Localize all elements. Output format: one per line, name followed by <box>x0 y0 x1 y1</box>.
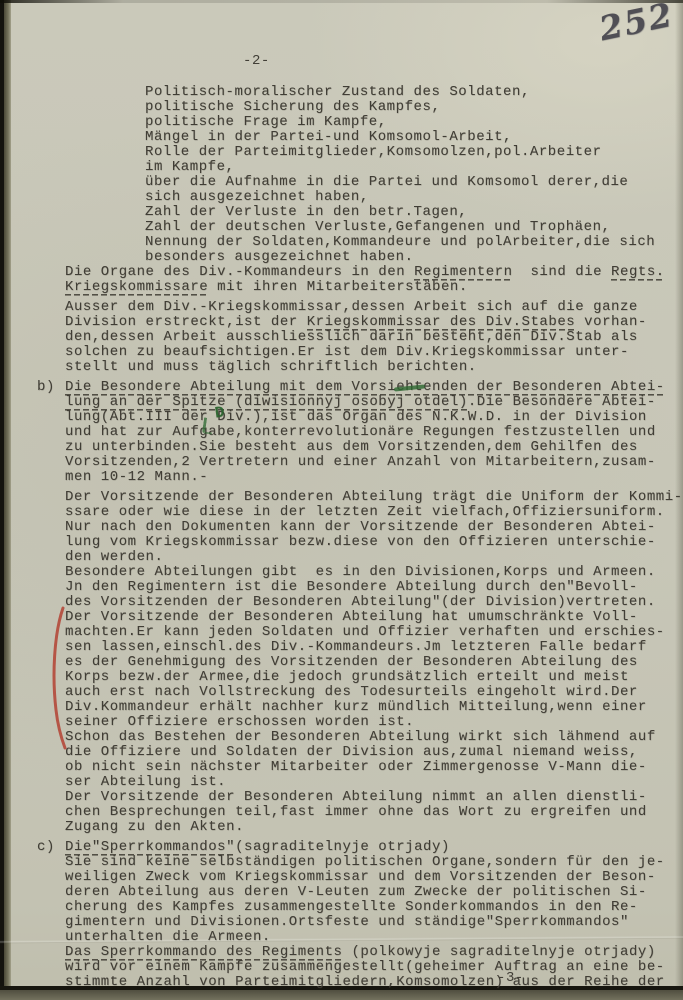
text-segment: vorhan- <box>575 314 647 330</box>
text-line: die Offiziere und Soldaten der Division … <box>65 745 683 760</box>
text-segment: politische Sicherung des Kampfes, <box>145 99 440 115</box>
text-line: lung(Abt.III der Div.),ist das Organ des… <box>65 410 683 425</box>
text-segment: wird vor einem Kampfe zusammengestellt(g… <box>65 959 665 975</box>
text-segment: D <box>217 409 226 425</box>
text-segment: Der Vorsitzende der Besonderen Abteilung… <box>65 609 638 625</box>
text-line: wird vor einem Kampfe zusammengestellt(g… <box>65 960 683 975</box>
red-margin-line-stroke <box>54 608 65 748</box>
text-line: Nur nach den Dokumenten kann der Vorsitz… <box>65 520 683 535</box>
text-segment: sich ausgezeichnet haben, <box>145 189 369 205</box>
text-segment: weiligen Zweck vom Kriegskommissar und d… <box>65 869 656 885</box>
text-segment: besonders ausgezeichnet haben. <box>145 249 414 265</box>
text-line: sen lassen,einschl.des Div.-Kommandeurs.… <box>65 640 683 655</box>
text-line: weiligen Zweck vom Kriegskommissar und d… <box>65 870 683 885</box>
text-line: ser Abteilung ist. <box>65 775 683 790</box>
text-segment: Der Vorsitzende der Besonderen Abteilung… <box>65 789 647 805</box>
text-segment: iv.),ist das Organ des N.K.W.D. in der D… <box>226 409 647 425</box>
text-line: Korps bezw.der Armee,die jedoch grundsät… <box>65 670 683 685</box>
text-line: ssare oder wie diese in der letzten Zeit… <box>65 505 683 520</box>
underlined-text: Kriegskommissare <box>65 279 208 296</box>
text-segment: Die Organe des Div.-Kommandeurs in den <box>65 264 414 280</box>
text-line: Nennung der Soldaten,Kommandeure und pol… <box>65 235 683 250</box>
text-segment: Vorsitzenden,2 Vertretern und einer Anza… <box>65 454 656 470</box>
text-segment: ob nicht sein nächster Mitarbeiter oder … <box>65 759 647 775</box>
text-line: Division erstreckt,ist der Kriegskommiss… <box>65 315 683 330</box>
text-segment: des Vorsitzenden der Besonderen Abteilun… <box>65 594 656 610</box>
text-segment: Schon das Bestehen der Besonderen Abteil… <box>65 729 656 745</box>
text-line: cherung des Kampfes zusammengestellte So… <box>65 900 683 915</box>
text-line: Vorsitzenden,2 Vertretern und einer Anza… <box>65 455 683 470</box>
text-segment: machten.Er kann jeden Soldaten und Offiz… <box>65 624 665 640</box>
text-segment: den,dessen Arbeit ausschliesslich darin … <box>65 329 638 345</box>
text-line: lung vom Kriegskommissar bezw.diese von … <box>65 535 683 550</box>
text-line: sich ausgezeichnet haben, <box>65 190 683 205</box>
text-line: seiner Offiziere erschossen worden ist. <box>65 715 683 730</box>
text-segment: politische Frage im Kampfe, <box>145 114 387 130</box>
page-number: -2- <box>243 53 270 69</box>
text-line: stimmte Anzahl von Parteimitgliedern,Kom… <box>65 975 683 990</box>
text-segment: Mängel in der Partei-und Komsomol-Arbeit… <box>145 129 512 145</box>
text-segment: Der Vorsitzende der Besonderen Abteilung… <box>65 489 683 505</box>
text-segment: ssare oder wie diese in der letzten Zeit… <box>65 504 665 520</box>
text-segment: lung vom Kriegskommissar bezw.diese von … <box>65 534 656 550</box>
typewritten-text-block: Politisch-moralischer Zustand des Soldat… <box>65 85 683 990</box>
text-line: Zahl der Verluste in den betr.Tagen, <box>65 205 683 220</box>
text-segment: zu unterbinden.Sie besteht aus dem Vorsi… <box>65 439 638 455</box>
text-segment: chen Besprechungen teil,fast immer ohne … <box>65 804 647 820</box>
text-segment: Jn den Regimentern ist die Besondere Abt… <box>65 579 638 595</box>
text-line: ob nicht sein nächster Mitarbeiter oder … <box>65 760 683 775</box>
underlined-text: Regts. <box>611 264 665 281</box>
text-line: es der Genehmigung des Vorsitzenden der … <box>65 655 683 670</box>
text-segment: über die Aufnahme in die Partei und Koms… <box>145 174 628 190</box>
text-line: stellt und muss täglich schriftlich beri… <box>65 360 683 375</box>
text-line: zu unterbinden.Sie besteht aus dem Vorsi… <box>65 440 683 455</box>
text-segment: Zugang zu den Akten. <box>65 819 244 835</box>
text-line: über die Aufnahme in die Partei und Koms… <box>65 175 683 190</box>
text-line: b)Die Besondere Abteilung mit dem Vorsie… <box>65 380 683 395</box>
text-segment: die Offiziere und Soldaten der Division … <box>65 744 638 760</box>
text-line: Schon das Bestehen der Besonderen Abteil… <box>65 730 683 745</box>
text-segment: Ausser dem Div.-Kriegskommissar,dessen A… <box>65 299 638 315</box>
text-segment: Zahl der deutschen Verluste,Gefangenen u… <box>145 219 610 235</box>
text-line: besonders ausgezeichnet haben. <box>65 250 683 265</box>
text-segment: es der Genehmigung des Vorsitzenden der … <box>65 654 638 670</box>
text-line: Der Vorsitzende der Besonderen Abteilung… <box>65 610 683 625</box>
text-segment: Nur nach den Dokumenten kann der Vorsitz… <box>65 519 656 535</box>
handwritten-page-number: 252 <box>596 0 677 48</box>
text-line: Rolle der Parteimitglieder,Komsomolzen,p… <box>65 145 683 160</box>
text-line: Jn den Regimentern ist die Besondere Abt… <box>65 580 683 595</box>
page-edge-left-shadow <box>4 0 11 1000</box>
text-line: Mängel in der Partei-und Komsomol-Arbeit… <box>65 130 683 145</box>
text-segment: Besondere Abteilungen gibt es in den Div… <box>65 564 656 580</box>
text-line: Das Sperrkommando des Regiments (polkowy… <box>65 945 683 960</box>
text-segment: mit ihren Mitarbeiterstäben. <box>208 279 468 295</box>
text-segment: Nennung der Soldaten,Kommandeure und pol… <box>145 234 655 250</box>
text-line: den werden. <box>65 550 683 565</box>
text-line: den,dessen Arbeit ausschliesslich darin … <box>65 330 683 345</box>
text-segment: Korps bezw.der Armee,die jedoch grundsät… <box>65 669 629 685</box>
text-segment: unterhalten die Armeen. <box>65 929 271 945</box>
text-segment: ser Abteilung ist. <box>65 774 226 790</box>
text-line: solchen zu beaufsichtigen.Er ist dem Div… <box>65 345 683 360</box>
text-line: politische Sicherung des Kampfes, <box>65 100 683 115</box>
text-segment: .Die Besondere Abtei- <box>468 394 656 410</box>
text-segment: solchen zu beaufsichtigen.Er ist dem Div… <box>65 344 629 360</box>
text-segment: stellt und muss täglich schriftlich beri… <box>65 359 477 375</box>
text-line: und hat zur Aufgabe,konterrevolutionäre … <box>65 425 683 440</box>
red-margin-line <box>50 606 68 750</box>
text-line: men 10-12 Mann.- <box>65 470 683 485</box>
text-segment: Zahl der Verluste in den betr.Tagen, <box>145 204 467 220</box>
text-segment: seiner Offiziere erschossen worden ist. <box>65 714 414 730</box>
text-line: auch erst nach Vollstreckung des Todesur… <box>65 685 683 700</box>
text-line: im Kampfe, <box>65 160 683 175</box>
text-line: politische Frage im Kampfe, <box>65 115 683 130</box>
text-line: Kriegskommissare mit ihren Mitarbeiterst… <box>65 280 683 295</box>
next-page-catchword: -3- <box>497 970 524 986</box>
text-segment: Division erstreckt,ist der <box>65 314 307 330</box>
text-line: Div.Kommandeur erhält nachher kurz mündl… <box>65 700 683 715</box>
text-line: machten.Er kann jeden Soldaten und Offiz… <box>65 625 683 640</box>
text-line: Der Vorsitzende der Besonderen Abteilung… <box>65 490 683 505</box>
text-segment: im Kampfe, <box>145 159 235 175</box>
text-line: Besondere Abteilungen gibt es in den Div… <box>65 565 683 580</box>
text-segment: sen lassen,einschl.des Div.-Kommandeurs.… <box>65 639 647 655</box>
text-segment: men 10-12 Mann.- <box>65 469 208 485</box>
text-line: lung an der Spitze (diwisionnyj osobyj o… <box>65 395 683 410</box>
text-line: Politisch-moralischer Zustand des Soldat… <box>65 85 683 100</box>
text-line: gimentern und Divisionen.Ortsfeste und s… <box>65 915 683 930</box>
text-segment: gimentern und Divisionen.Ortsfeste und s… <box>65 914 629 930</box>
text-segment: auch erst nach Vollstreckung des Todesur… <box>65 684 638 700</box>
text-segment: Div.Kommandeur erhält nachher kurz mündl… <box>65 699 647 715</box>
page-edge-bottom-band <box>0 990 683 1000</box>
text-line: deren Abteilung aus deren V-Leuten zum Z… <box>65 885 683 900</box>
text-line: Der Vorsitzende der Besonderen Abteilung… <box>65 790 683 805</box>
text-segment: cherung des Kampfes zusammengestellte So… <box>65 899 638 915</box>
text-segment: Rolle der Parteimitglieder,Komsomolzen,p… <box>145 144 602 160</box>
section-label: c) <box>37 840 55 855</box>
document-page: { "page": { "handwritten_number": "252",… <box>0 0 683 1000</box>
text-segment: den werden. <box>65 549 163 565</box>
text-segment: lung(Abt.III der <box>65 409 217 425</box>
text-segment: und hat zur Aufgabe,konterrevolutionäre … <box>65 424 656 440</box>
text-line: Zahl der deutschen Verluste,Gefangenen u… <box>65 220 683 235</box>
page-edge-top <box>0 0 683 3</box>
text-line: Ausser dem Div.-Kriegskommissar,dessen A… <box>65 300 683 315</box>
text-line: des Vorsitzenden der Besonderen Abteilun… <box>65 595 683 610</box>
text-line: chen Besprechungen teil,fast immer ohne … <box>65 805 683 820</box>
text-segment: (polkowyje sagraditelnyje otrjady) <box>343 944 656 960</box>
text-segment: Politisch-moralischer Zustand des Soldat… <box>145 84 530 100</box>
text-line: Sie sind keine selbständigen politischen… <box>65 855 683 870</box>
text-line: unterhalten die Armeen. <box>65 930 683 945</box>
text-line: Zugang zu den Akten. <box>65 820 683 835</box>
text-line: c)Die"Sperrkommandos"(sagraditelnyje otr… <box>65 840 683 855</box>
text-line: Die Organe des Div.-Kommandeurs in den R… <box>65 265 683 280</box>
text-segment: stimmte Anzahl von Parteimitgliedern,Kom… <box>65 974 665 990</box>
text-segment: Sie sind keine selbständigen politischen… <box>65 854 665 870</box>
text-segment: (sagraditelnyje otrjady) <box>235 839 450 855</box>
text-segment: deren Abteilung aus deren V-Leuten zum Z… <box>65 884 647 900</box>
section-label: b) <box>37 380 55 395</box>
text-segment: sind die <box>513 264 611 280</box>
